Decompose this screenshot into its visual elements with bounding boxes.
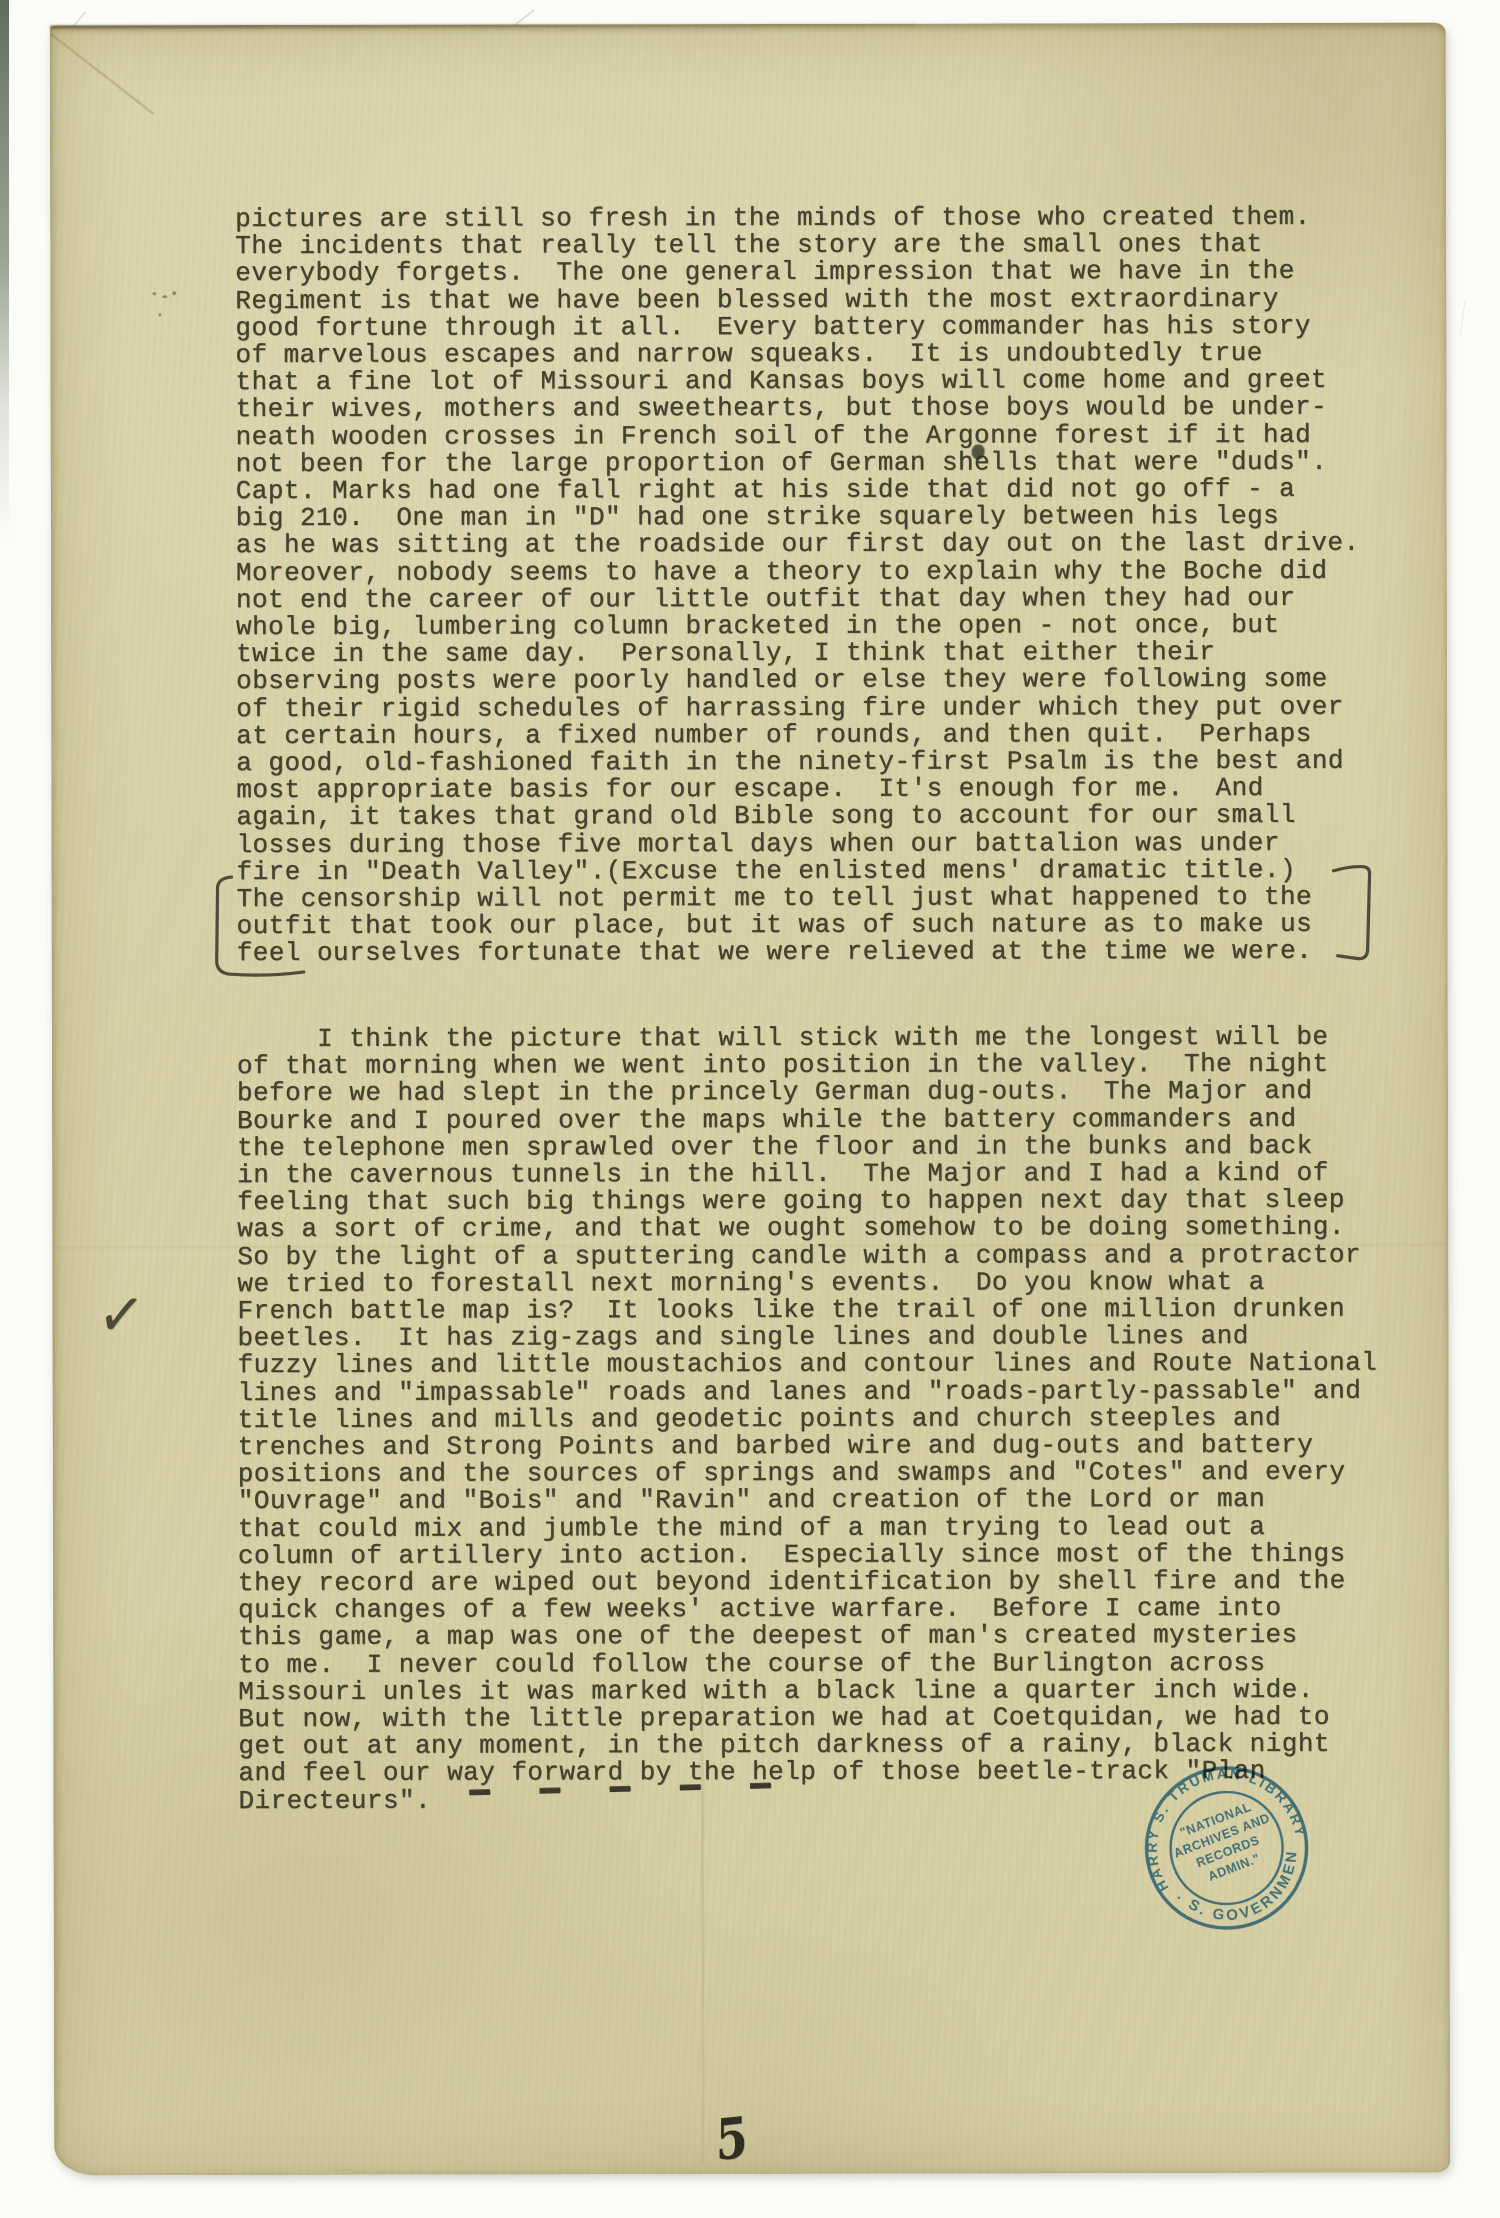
typewritten-page: pictures are still so fresh in the minds… <box>50 23 1451 2176</box>
letter-paragraph-2: I think the picture that will stick with… <box>237 1024 1378 1815</box>
margin-checkmark: ✓ <box>94 1276 148 1353</box>
scanner-edge-artifact <box>0 0 9 540</box>
typed-dash-separator: — — — — — <box>469 1767 774 1812</box>
censorship-bracket-left-mark <box>212 873 312 985</box>
handwritten-page-number: 5 <box>716 2104 748 2174</box>
ink-speckle <box>150 283 180 299</box>
scanned-document: pictures are still so fresh in the minds… <box>0 0 1500 2218</box>
paper-crease <box>51 33 155 114</box>
scan-scratch <box>1459 300 1465 338</box>
letter-paragraph-1: pictures are still so fresh in the minds… <box>235 204 1360 968</box>
censorship-bracket-right-mark <box>1328 863 1376 967</box>
